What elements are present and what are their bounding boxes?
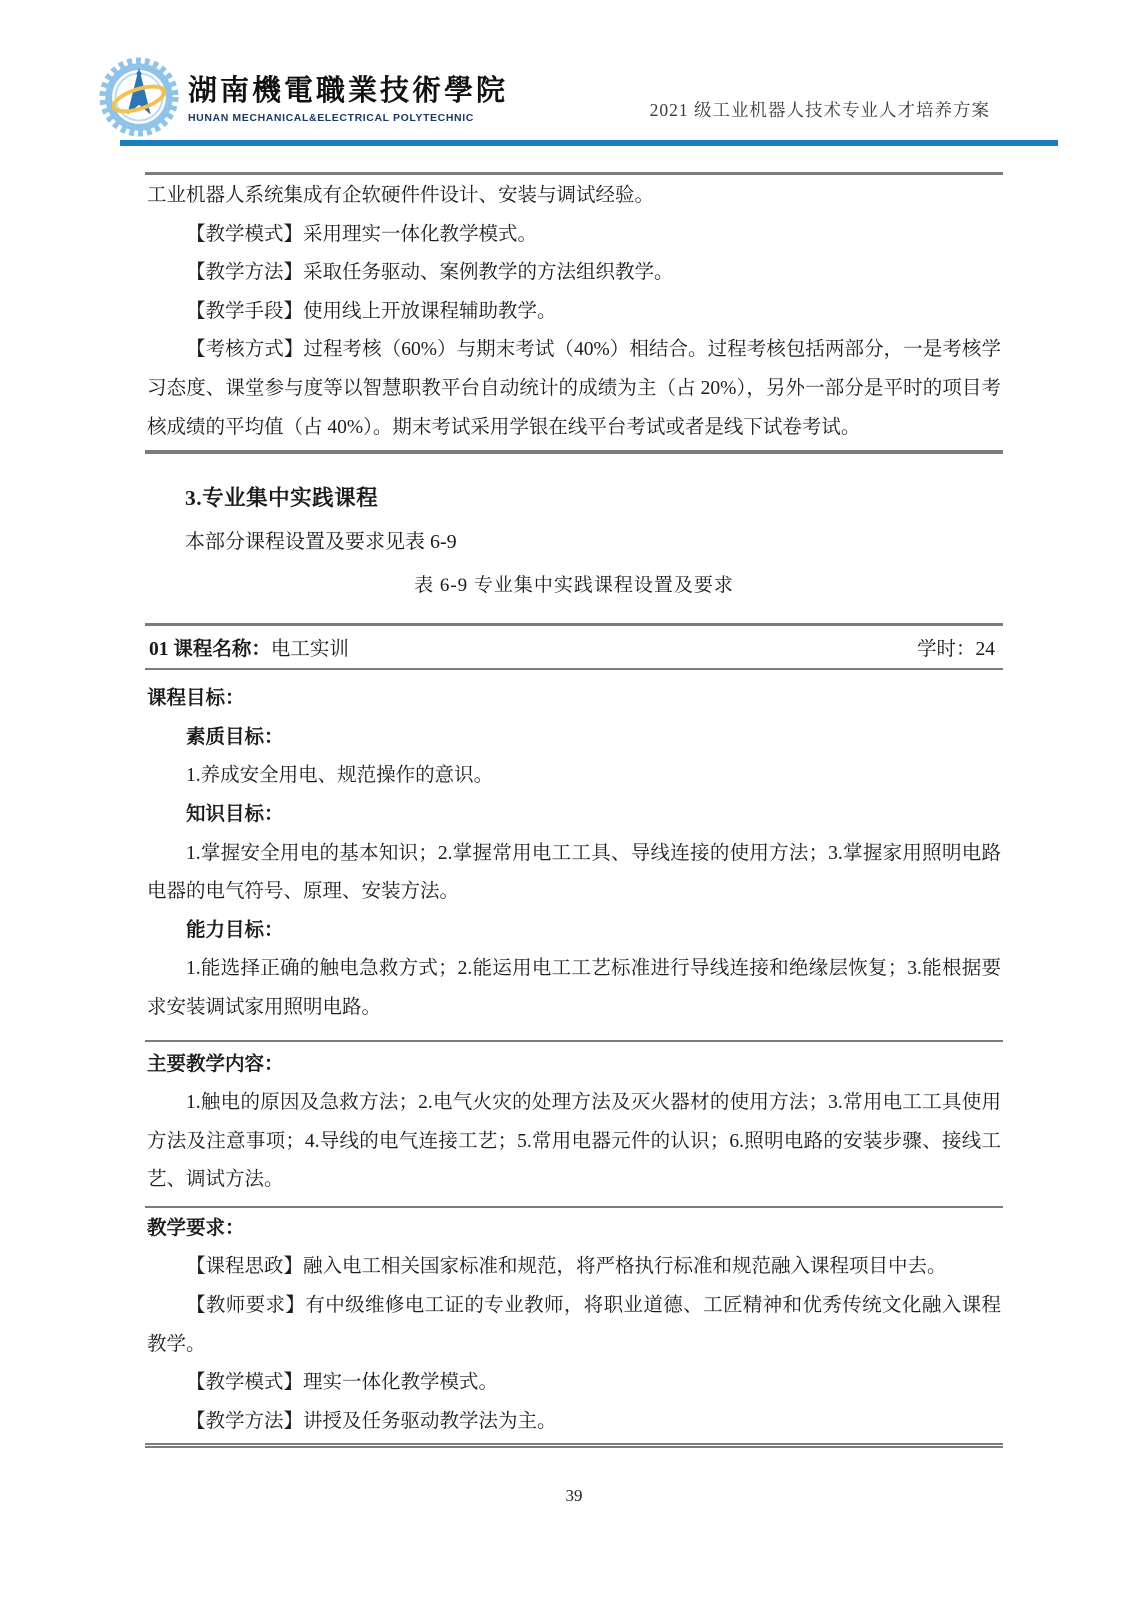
paragraph: 【教学模式】采用理实一体化教学模式。	[147, 216, 1001, 255]
course-hours-label: 学时：	[917, 639, 976, 660]
requirement-item: 【教学方法】讲授及任务驱动教学法为主。	[147, 1403, 1001, 1442]
course-hours-cell: 学时：24	[917, 633, 995, 661]
course-header-row: 01 课程名称：电工实训 学时：24	[145, 626, 1003, 670]
course-table: 01 课程名称：电工实训 学时：24 课程目标： 素质目标： 1.养成安全用电、…	[145, 623, 1003, 1448]
paragraph: 工业机器人系统集成有企软硬件件设计、安装与调试经验。	[147, 177, 1001, 216]
course-requirements-cell: 教学要求： 【课程思政】融入电工相关国家标准和规范，将严格执行标准和规范融入课程…	[145, 1208, 1003, 1449]
course-name-cell: 01 课程名称：电工实训	[149, 633, 349, 661]
header-blue-rule	[120, 140, 1058, 146]
school-name-cn: 湖南機電職業技術學院	[188, 68, 508, 109]
ability-objectives-body: 1.能选择正确的触电急救方式；2.能运用电工工艺标准进行导线连接和绝缘层恢复；3…	[147, 950, 1001, 1027]
ability-objectives-title: 能力目标：	[186, 912, 1001, 951]
previous-course-table-continuation: 工业机器人系统集成有企软硬件件设计、安装与调试经验。 【教学模式】采用理实一体化…	[145, 172, 1003, 454]
course-content-cell: 主要教学内容： 1.触电的原因及急救方法；2.电气火灾的处理方法及灭火器材的使用…	[145, 1042, 1003, 1208]
paragraph: 【教学方法】采取任务驱动、案例教学的方法组织教学。	[147, 254, 1001, 293]
document-title: 2021 级工业机器人技术专业人才培养方案	[650, 97, 990, 122]
school-name-block: 湖南機電職業技術學院 HUNAN MECHANICAL&ELECTRICAL P…	[188, 54, 508, 124]
quality-objectives-title: 素质目标：	[186, 719, 1001, 758]
quality-objectives-body: 1.养成安全用电、规范操作的意识。	[147, 757, 1001, 796]
objectives-title: 课程目标：	[147, 680, 1001, 719]
requirement-item: 【教学模式】理实一体化教学模式。	[147, 1364, 1001, 1403]
page-content: 工业机器人系统集成有企软硬件件设计、安装与调试经验。 【教学模式】采用理实一体化…	[145, 172, 1003, 1506]
school-logo: 湖南機電職業技術學院 HUNAN MECHANICAL&ELECTRICAL P…	[98, 54, 508, 140]
page-number: 39	[145, 1486, 1003, 1506]
requirement-item: 【课程思政】融入电工相关国家标准和规范，将严格执行标准和规范融入课程项目中去。	[147, 1248, 1001, 1287]
teaching-requirements-title: 教学要求：	[147, 1210, 1001, 1249]
course-name-value: 电工实训	[271, 639, 349, 660]
school-name-en: HUNAN MECHANICAL&ELECTRICAL POLYTECHNIC	[188, 112, 508, 124]
school-gear-icon	[98, 54, 180, 140]
teaching-content-body: 1.触电的原因及急救方法；2.电气火灾的处理方法及灭火器材的使用方法；3.常用电…	[147, 1084, 1001, 1200]
course-hours-value: 24	[976, 639, 996, 660]
course-name-label: 01 课程名称：	[149, 639, 271, 660]
table-caption: 表 6-9 专业集中实践课程设置及要求	[145, 570, 1003, 597]
section-intro: 本部分课程设置及要求见表 6-9	[185, 528, 1003, 556]
document-page: 湖南機電職業技術學院 HUNAN MECHANICAL&ELECTRICAL P…	[0, 0, 1131, 1600]
requirement-item: 【教师要求】有中级维修电工证的专业教师，将职业道德、工匠精神和优秀传统文化融入课…	[147, 1287, 1001, 1364]
paragraph: 【考核方式】过程考核（60%）与期末考试（40%）相结合。过程考核包括两部分，一…	[147, 331, 1001, 447]
knowledge-objectives-body: 1.掌握安全用电的基本知识；2.掌握常用电工工具、导线连接的使用方法；3.掌握家…	[147, 835, 1001, 912]
teaching-content-title: 主要教学内容：	[147, 1046, 1001, 1085]
course-objectives-cell: 课程目标： 素质目标： 1.养成安全用电、规范操作的意识。 知识目标： 1.掌握…	[145, 670, 1003, 1041]
section-heading: 3.专业集中实践课程	[185, 484, 1003, 512]
page-header: 湖南機電職業技術學院 HUNAN MECHANICAL&ELECTRICAL P…	[0, 0, 1131, 146]
paragraph: 【教学手段】使用线上开放课程辅助教学。	[147, 293, 1001, 332]
knowledge-objectives-title: 知识目标：	[186, 796, 1001, 835]
